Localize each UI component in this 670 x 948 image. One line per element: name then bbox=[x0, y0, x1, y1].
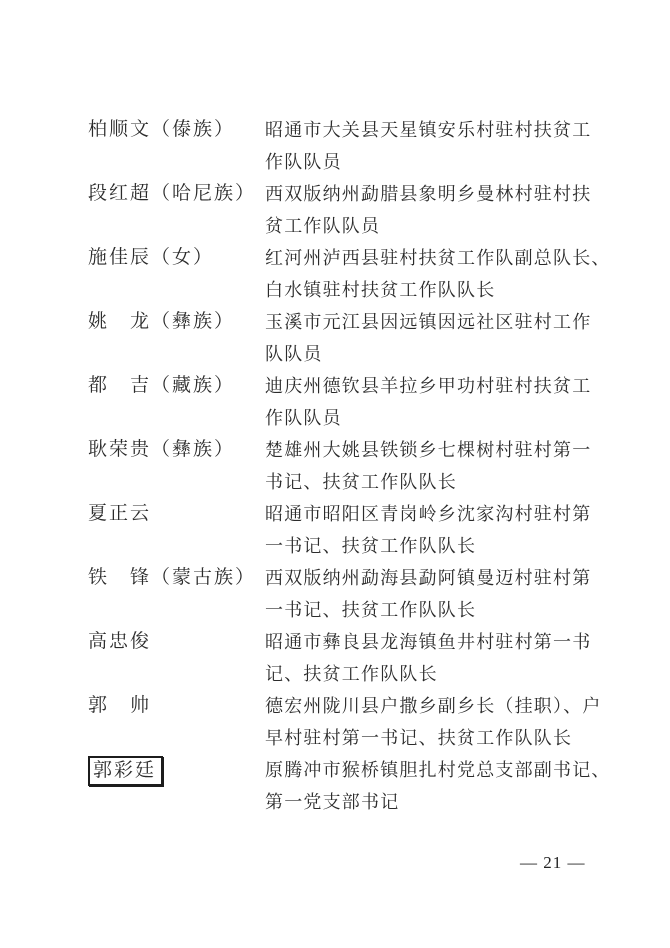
position-description: 昭通市大关县天星镇安乐村驻村扶贫工 作队队员 bbox=[265, 114, 635, 178]
person-name: 姚 龙（彝族） bbox=[88, 306, 265, 338]
position-line: 迪庆州德钦县羊拉乡甲功村驻村扶贫工 bbox=[265, 370, 635, 402]
position-description: 迪庆州德钦县羊拉乡甲功村驻村扶贫工 作队队员 bbox=[265, 370, 635, 434]
position-line: 白水镇驻村扶贫工作队队长 bbox=[265, 274, 635, 306]
page-number: — 21 — bbox=[520, 851, 586, 875]
position-description: 玉溪市元江县因远镇因远社区驻村工作 队队员 bbox=[265, 306, 635, 370]
position-line: 德宏州陇川县户撒乡副乡长（挂职）、户 bbox=[265, 690, 635, 722]
list-item: 耿荣贵（彝族） 楚雄州大姚县铁锁乡七棵树村驻村第一 书记、扶贫工作队队长 bbox=[88, 434, 635, 498]
position-line: 昭通市彝良县龙海镇鱼井村驻村第一书 bbox=[265, 626, 635, 658]
position-line: 昭通市昭阳区青岗岭乡沈家沟村驻村第 bbox=[265, 498, 635, 530]
position-description: 西双版纳州勐腊县象明乡曼林村驻村扶 贫工作队队员 bbox=[265, 178, 635, 242]
list-item: 郭 帅 德宏州陇川县户撒乡副乡长（挂职）、户 早村驻村第一书记、扶贫工作队队长 bbox=[88, 690, 635, 754]
position-description: 昭通市昭阳区青岗岭乡沈家沟村驻村第 一书记、扶贫工作队队长 bbox=[265, 498, 635, 562]
position-line: 一书记、扶贫工作队队长 bbox=[265, 594, 635, 626]
position-description: 德宏州陇川县户撒乡副乡长（挂职）、户 早村驻村第一书记、扶贫工作队队长 bbox=[265, 690, 635, 754]
position-description: 昭通市彝良县龙海镇鱼井村驻村第一书 记、扶贫工作队队长 bbox=[265, 626, 635, 690]
person-name: 铁 锋（蒙古族） bbox=[88, 562, 265, 594]
list-item: 铁 锋（蒙古族） 西双版纳州勐海县勐阿镇曼迈村驻村第 一书记、扶贫工作队队长 bbox=[88, 562, 635, 626]
document-page: 柏顺文（傣族） 昭通市大关县天星镇安乐村驻村扶贫工 作队队员 段红超（哈尼族） … bbox=[0, 0, 670, 948]
person-name: 耿荣贵（彝族） bbox=[88, 434, 265, 466]
list-item: 施佳辰（女） 红河州泸西县驻村扶贫工作队副总队长、 白水镇驻村扶贫工作队队长 bbox=[88, 242, 635, 306]
person-name: 郭 帅 bbox=[88, 690, 265, 722]
person-name: 郭彩廷 bbox=[88, 754, 265, 787]
list-item: 郭彩廷 原腾冲市猴桥镇胆扎村党总支部副书记、 第一党支部书记 bbox=[88, 754, 635, 818]
position-line: 红河州泸西县驻村扶贫工作队副总队长、 bbox=[265, 242, 635, 274]
position-description: 楚雄州大姚县铁锁乡七棵树村驻村第一 书记、扶贫工作队队长 bbox=[265, 434, 635, 498]
list-item: 夏正云 昭通市昭阳区青岗岭乡沈家沟村驻村第 一书记、扶贫工作队队长 bbox=[88, 498, 635, 562]
position-line: 早村驻村第一书记、扶贫工作队队长 bbox=[265, 722, 635, 754]
list-item: 姚 龙（彝族） 玉溪市元江县因远镇因远社区驻村工作 队队员 bbox=[88, 306, 635, 370]
person-name: 施佳辰（女） bbox=[88, 242, 265, 274]
list-item: 都 吉（藏族） 迪庆州德钦县羊拉乡甲功村驻村扶贫工 作队队员 bbox=[88, 370, 635, 434]
person-name: 高忠俊 bbox=[88, 626, 265, 658]
list-item: 段红超（哈尼族） 西双版纳州勐腊县象明乡曼林村驻村扶 贫工作队队员 bbox=[88, 178, 635, 242]
list-item: 柏顺文（傣族） 昭通市大关县天星镇安乐村驻村扶贫工 作队队员 bbox=[88, 114, 635, 178]
person-name: 段红超（哈尼族） bbox=[88, 178, 265, 210]
page-footer: — 21 — bbox=[0, 851, 670, 875]
position-line: 楚雄州大姚县铁锁乡七棵树村驻村第一 bbox=[265, 434, 635, 466]
position-line: 第一党支部书记 bbox=[265, 786, 635, 818]
position-line: 贫工作队队员 bbox=[265, 210, 635, 242]
person-name: 柏顺文（傣族） bbox=[88, 114, 265, 146]
position-line: 书记、扶贫工作队队长 bbox=[265, 466, 635, 498]
position-line: 作队队员 bbox=[265, 402, 635, 434]
position-line: 队队员 bbox=[265, 338, 635, 370]
honor-roll-list: 柏顺文（傣族） 昭通市大关县天星镇安乐村驻村扶贫工 作队队员 段红超（哈尼族） … bbox=[88, 114, 635, 818]
position-description: 红河州泸西县驻村扶贫工作队副总队长、 白水镇驻村扶贫工作队队长 bbox=[265, 242, 635, 306]
position-line: 一书记、扶贫工作队队长 bbox=[265, 530, 635, 562]
position-line: 原腾冲市猴桥镇胆扎村党总支部副书记、 bbox=[265, 754, 635, 786]
person-name: 都 吉（藏族） bbox=[88, 370, 265, 402]
list-item: 高忠俊 昭通市彝良县龙海镇鱼井村驻村第一书 记、扶贫工作队队长 bbox=[88, 626, 635, 690]
position-line: 昭通市大关县天星镇安乐村驻村扶贫工 bbox=[265, 114, 635, 146]
position-description: 西双版纳州勐海县勐阿镇曼迈村驻村第 一书记、扶贫工作队队长 bbox=[265, 562, 635, 626]
position-line: 西双版纳州勐腊县象明乡曼林村驻村扶 bbox=[265, 178, 635, 210]
position-line: 玉溪市元江县因远镇因远社区驻村工作 bbox=[265, 306, 635, 338]
person-name: 夏正云 bbox=[88, 498, 265, 530]
position-description: 原腾冲市猴桥镇胆扎村党总支部副书记、 第一党支部书记 bbox=[265, 754, 635, 818]
position-line: 记、扶贫工作队队长 bbox=[265, 658, 635, 690]
position-line: 作队队员 bbox=[265, 146, 635, 178]
position-line: 西双版纳州勐海县勐阿镇曼迈村驻村第 bbox=[265, 562, 635, 594]
deceased-name-box: 郭彩廷 bbox=[88, 756, 163, 786]
